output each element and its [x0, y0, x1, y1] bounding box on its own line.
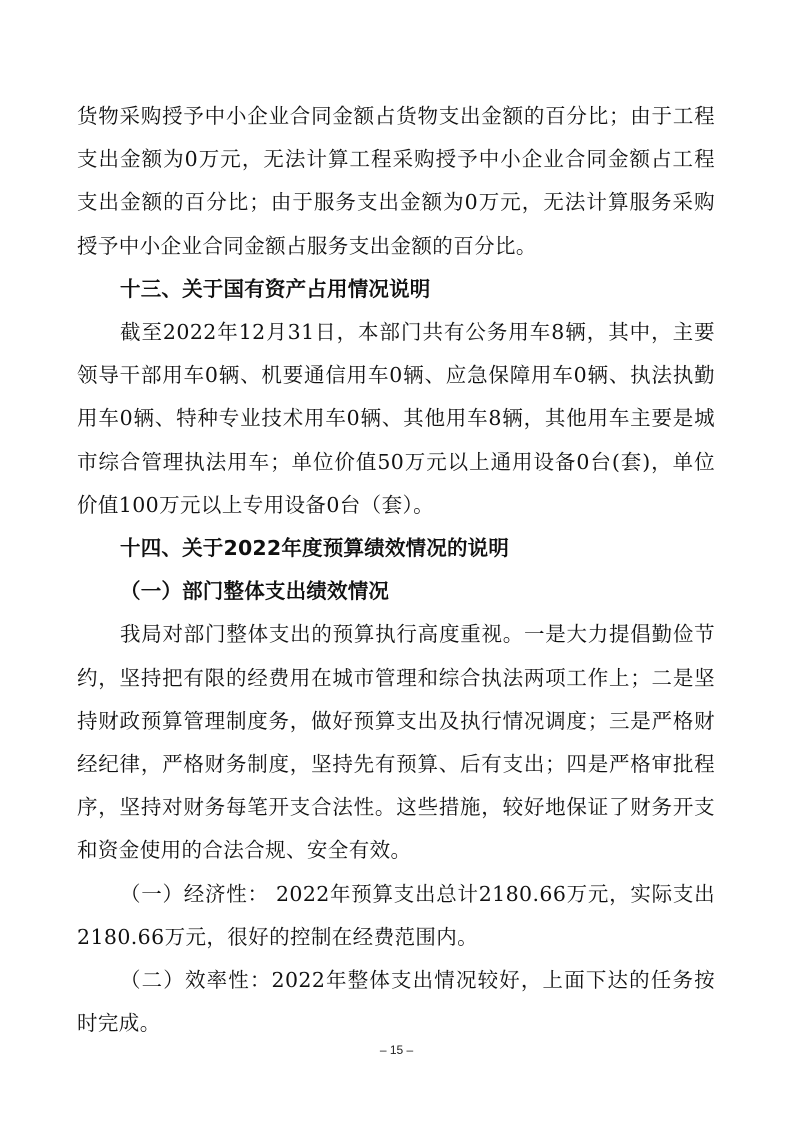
document-page: 货物采购授予中小企业合同金额占货物支出金额的百分比；由于工程支出金额为0万元，无… — [77, 95, 715, 1045]
paragraph-procurement-percentages: 货物采购授予中小企业合同金额占货物支出金额的百分比；由于工程支出金额为0万元，无… — [77, 95, 715, 268]
paragraph-efficiency: （二）效率性：2022年整体支出情况较好，上面下达的任务按时完成。 — [77, 959, 715, 1045]
heading-state-assets: 十三、关于国有资产占用情况说明 — [77, 268, 715, 311]
paragraph-vehicles-equipment: 截至2022年12月31日，本部门共有公务用车8辆，其中，主要领导干部用车0辆、… — [77, 311, 715, 527]
paragraph-expenditure-measures: 我局对部门整体支出的预算执行高度重视。一是大力提倡勤俭节约，坚持把有限的经费用在… — [77, 613, 715, 872]
heading-budget-performance: 十四、关于2022年度预算绩效情况的说明 — [77, 527, 715, 570]
page-number: – 15 – — [0, 1043, 793, 1057]
paragraph-economy: （一）经济性： 2022年预算支出总计2180.66万元，实际支出2180.66… — [77, 873, 715, 959]
subheading-overall-expenditure-performance: （一）部门整体支出绩效情况 — [77, 570, 715, 613]
